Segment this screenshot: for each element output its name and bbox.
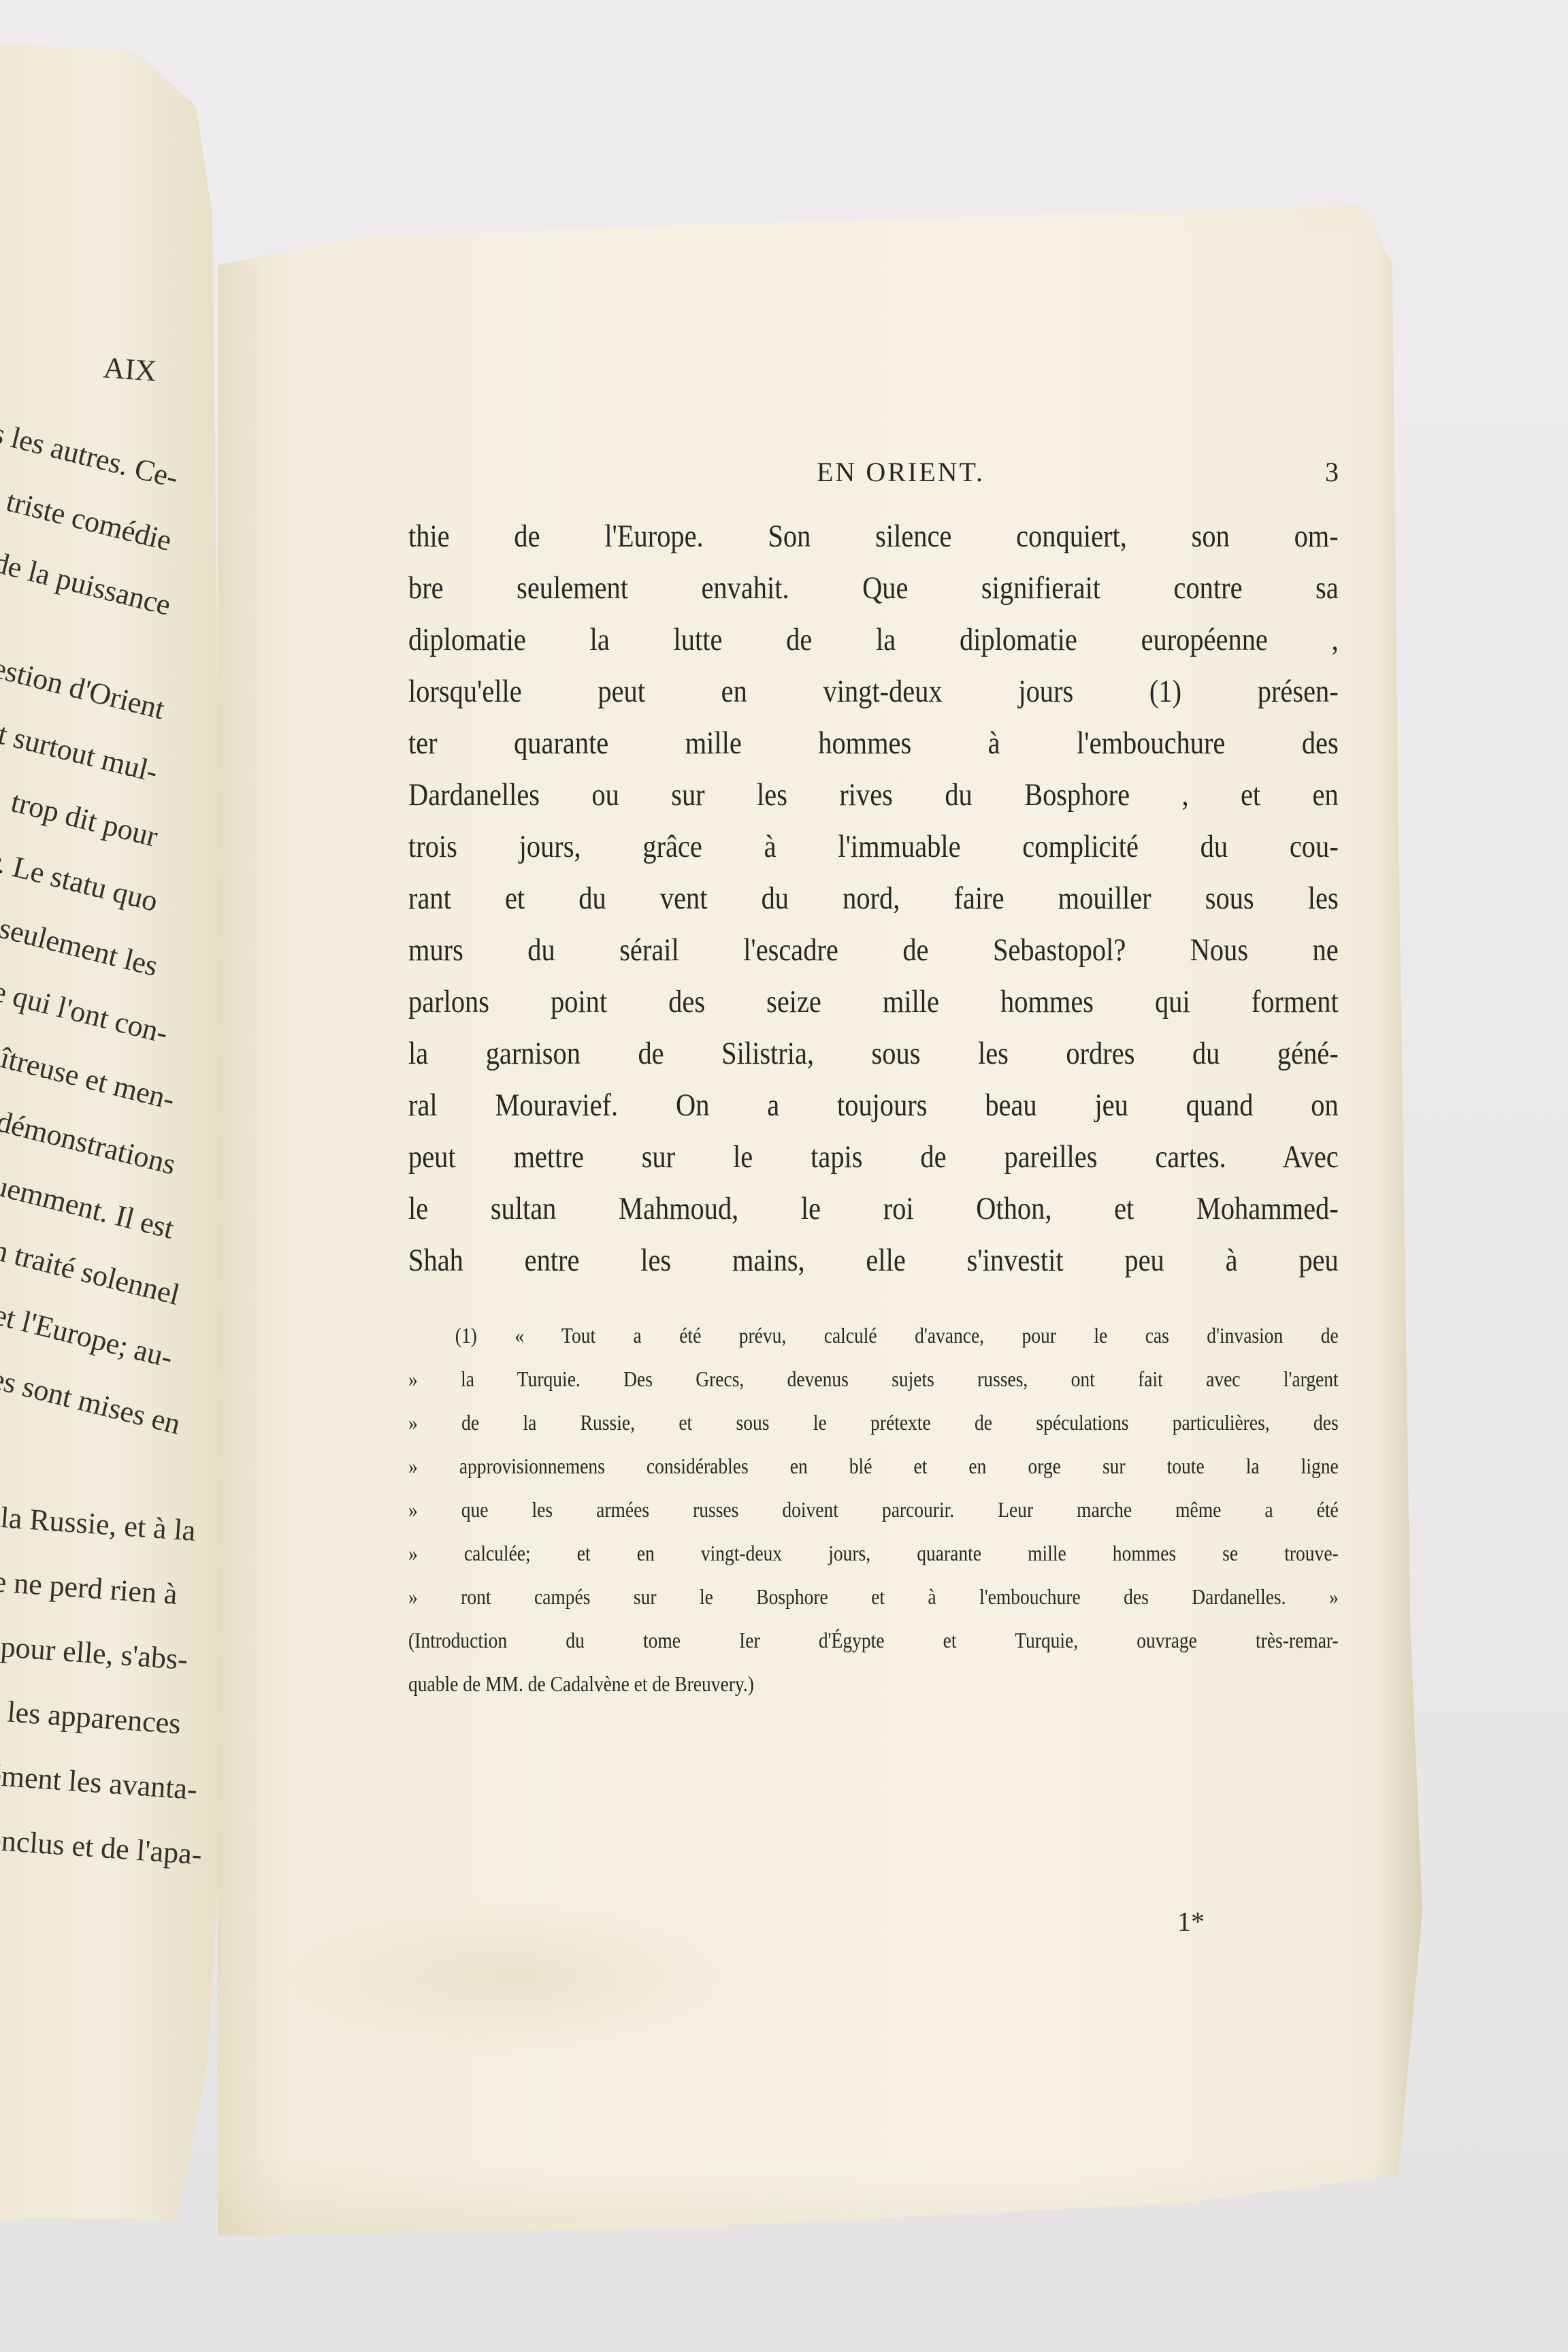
body-line: bre seulement envahit. Que signifierait … [408, 562, 1339, 614]
left-line: sie ne perd rien à [0, 1548, 179, 1627]
page-number: 3 [1325, 456, 1341, 488]
footnote-line: (Introduction du tome Ier d'Égypte et Tu… [408, 1618, 1339, 1662]
paper-foxing [279, 1895, 755, 2059]
body-line: lorsqu'elle peut en vingt-deux jours (1)… [408, 666, 1339, 717]
footnote-line: » calculée; et en vingt-deux jours, quar… [408, 1531, 1339, 1575]
body-line: diplomatie la lutte de la diplomatie eur… [408, 614, 1339, 666]
page-text-block: EN ORIENT. 3 thie de l'Europe. Son silen… [408, 456, 1341, 1705]
left-line: us les apparences [0, 1677, 179, 1756]
body-line: la garnison de Silistria, sous les ordre… [408, 1028, 1339, 1079]
right-page: EN ORIENT. 3 thie de l'Europe. Son silen… [218, 204, 1422, 2236]
footnote-line: quable de MM. de Cadalvène et de Breuver… [408, 1662, 1339, 1705]
left-line: nément les avanta- [0, 1742, 179, 1820]
body-line: ral Mouravief. On a toujours beau jeu qu… [408, 1079, 1339, 1131]
body-line: trois jours, grâce à l'immuable complici… [408, 821, 1339, 872]
left-line: conclus et de l'apa- [0, 1806, 179, 1885]
body-line: parlons point des seize mille hommes qui… [408, 976, 1339, 1028]
left-page-text: AIX ns les autres. Ce- te triste comédie… [0, 340, 177, 1885]
body-text: thie de l'Europe. Son silence conquiert,… [408, 510, 1341, 1286]
footnote-line: » ront campés sur le Bosphore et à l'emb… [408, 1575, 1339, 1618]
body-line: murs du sérail l'escadre de Sebastopol? … [408, 924, 1339, 976]
body-line: Shah entre les mains, elle s'investit pe… [408, 1235, 1339, 1286]
running-head: EN ORIENT. 3 [408, 456, 1341, 510]
footnote-line: » que les armées russes doivent parcouri… [408, 1488, 1339, 1531]
footnote: (1) « Tout a été prévu, calculé d'avance… [408, 1313, 1341, 1705]
footnote-line: » de la Russie, et sous le prétexte de s… [408, 1401, 1339, 1444]
left-running-head: AIX [0, 326, 179, 405]
footnote-line: (1) « Tout a été prévu, calculé d'avance… [408, 1313, 1339, 1357]
left-line: A la Russie, et à la [0, 1483, 179, 1562]
footnote-line: » la Turquie. Des Grecs, devenus sujets … [408, 1357, 1339, 1401]
body-line: Dardanelles ou sur les rives du Bosphore… [408, 769, 1339, 821]
left-line: s; pour elle, s'abs- [0, 1612, 179, 1691]
body-line: thie de l'Europe. Son silence conquiert,… [408, 510, 1339, 562]
body-line: peut mettre sur le tapis de pareilles ca… [408, 1131, 1339, 1183]
body-line: le sultan Mahmoud, le roi Othon, et Moha… [408, 1183, 1339, 1235]
running-head-title: EN ORIENT. [817, 456, 985, 488]
body-line: rant et du vent du nord, faire mouiller … [408, 872, 1339, 924]
left-page: AIX ns les autres. Ce- te triste comédie… [0, 41, 245, 2219]
signature-mark: 1* [1177, 1906, 1205, 1938]
body-line: ter quarante mille hommes à l'embouchure… [408, 717, 1339, 769]
footnote-line: » approvisionnemens considérables en blé… [408, 1444, 1339, 1488]
